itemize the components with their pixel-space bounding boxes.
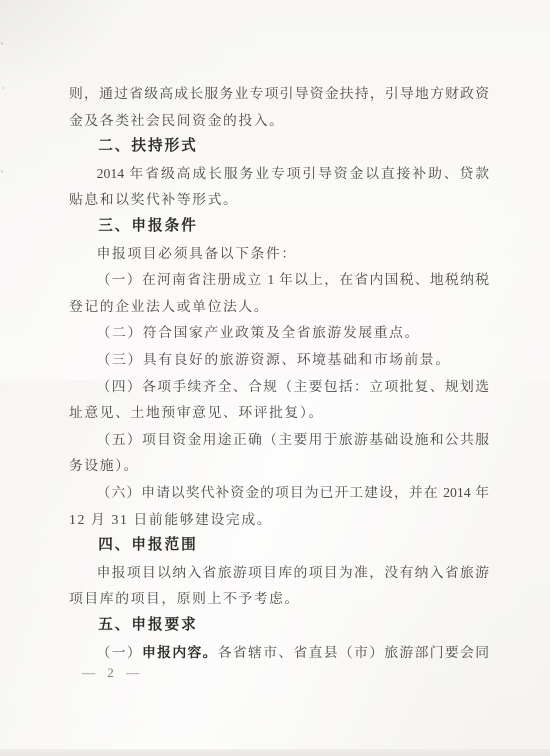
text-segment: 务设施）。 bbox=[69, 458, 139, 473]
text-segment: 四、申报范围 bbox=[98, 537, 198, 553]
text-segment: （二）符合国家产业政策及全省旅游发展重点。 bbox=[97, 325, 420, 340]
scan-speck bbox=[2, 87, 4, 89]
text-segment: 三、申报条件 bbox=[98, 218, 198, 234]
scan-speck bbox=[1, 42, 3, 45]
text-segment: 12 月 31 日前能够建设完成。 bbox=[69, 512, 272, 527]
text-line: （五）项目资金用途正确（主要用于旅游基础设施和公共服 bbox=[69, 426, 489, 453]
text-line: 项目库的项目，原则上不予考虑。 bbox=[69, 585, 489, 612]
text-line: （一）在河南省注册成立 1 年以上，在省内国税、地税纳税 bbox=[69, 266, 489, 293]
scan-edge bbox=[0, 749, 550, 756]
text-line: 申报项目以纳入省旅游项目库的项目为准，没有纳入省旅游 bbox=[69, 559, 489, 586]
text-line: 申报项目必须具备以下条件： bbox=[69, 240, 489, 267]
text-segment: 二、扶持形式 bbox=[98, 138, 198, 154]
heading-line: 四、申报范围 bbox=[69, 532, 489, 559]
text-segment: 项目库的项目，原则上不予考虑。 bbox=[69, 591, 300, 606]
heading-line: 五、申报要求 bbox=[69, 612, 489, 639]
text-line: 登记的企业法人或单位法人。 bbox=[69, 293, 489, 320]
heading-line: 三、申报条件 bbox=[69, 213, 489, 240]
text-segment: 各省辖市、省直县（市）旅游部门要会同 bbox=[218, 645, 489, 660]
text-segment: 则，通过省级高成长服务业专项引导资金扶持，引导地方财政资 bbox=[69, 86, 489, 101]
text-segment: 2014 年省级高成长服务业专项引导资金以直接补助、贷款 bbox=[97, 166, 489, 181]
text-segment: 贴息和以奖代补等形式。 bbox=[69, 192, 238, 207]
text-line: 则，通过省级高成长服务业专项引导资金扶持，引导地方财政资 bbox=[69, 80, 489, 107]
text-line: 贴息和以奖代补等形式。 bbox=[69, 186, 489, 213]
text-segment: （一） bbox=[97, 645, 142, 660]
text-line: 12 月 31 日前能够建设完成。 bbox=[69, 506, 489, 533]
bold-text-segment: 申报内容。 bbox=[142, 645, 218, 660]
text-segment: 金及各类社会民间资金的投入。 bbox=[69, 113, 285, 128]
text-line: 址意见、土地预审意见、环评批复）。 bbox=[69, 399, 489, 426]
text-segment: 址意见、土地预审意见、环评批复）。 bbox=[69, 405, 324, 420]
text-line: （六）申请以奖代补资金的项目为已开工建设，并在 2014 年 bbox=[69, 479, 489, 506]
text-line: 金及各类社会民间资金的投入。 bbox=[69, 107, 489, 134]
text-segment: （一）在河南省注册成立 1 年以上，在省内国税、地税纳税 bbox=[97, 272, 489, 287]
text-segment: 申报项目以纳入省旅游项目库的项目为准，没有纳入省旅游 bbox=[97, 565, 489, 580]
text-segment: 登记的企业法人或单位法人。 bbox=[69, 299, 269, 314]
text-line: （四）各项手续齐全、合规（主要包括：立项批复、规划选 bbox=[69, 373, 489, 400]
text-segment: （四）各项手续齐全、合规（主要包括：立项批复、规划选 bbox=[97, 379, 489, 394]
scan-speck bbox=[1, 170, 3, 173]
page-number: — 2 — bbox=[82, 665, 144, 680]
text-line: （二）符合国家产业政策及全省旅游发展重点。 bbox=[69, 319, 489, 346]
text-segment: （五）项目资金用途正确（主要用于旅游基础设施和公共服 bbox=[97, 432, 489, 447]
heading-line: 二、扶持形式 bbox=[69, 133, 489, 160]
text-segment: （六）申请以奖代补资金的项目为已开工建设，并在 2014 年 bbox=[97, 485, 489, 500]
text-segment: （三）具有良好的旅游资源、环境基础和市场前景。 bbox=[97, 352, 451, 367]
text-line: （三）具有良好的旅游资源、环境基础和市场前景。 bbox=[69, 346, 489, 373]
text-line: 务设施）。 bbox=[69, 452, 489, 479]
document-page: 则，通过省级高成长服务业专项引导资金扶持，引导地方财政资金及各类社会民间资金的投… bbox=[0, 0, 550, 756]
text-line: （一）申报内容。各省辖市、省直县（市）旅游部门要会同 bbox=[69, 639, 489, 666]
document-text: 则，通过省级高成长服务业专项引导资金扶持，引导地方财政资金及各类社会民间资金的投… bbox=[69, 80, 489, 690]
text-segment: 申报项目必须具备以下条件： bbox=[97, 246, 297, 261]
text-segment: 五、申报要求 bbox=[98, 617, 198, 633]
text-line: 2014 年省级高成长服务业专项引导资金以直接补助、贷款 bbox=[69, 160, 489, 187]
